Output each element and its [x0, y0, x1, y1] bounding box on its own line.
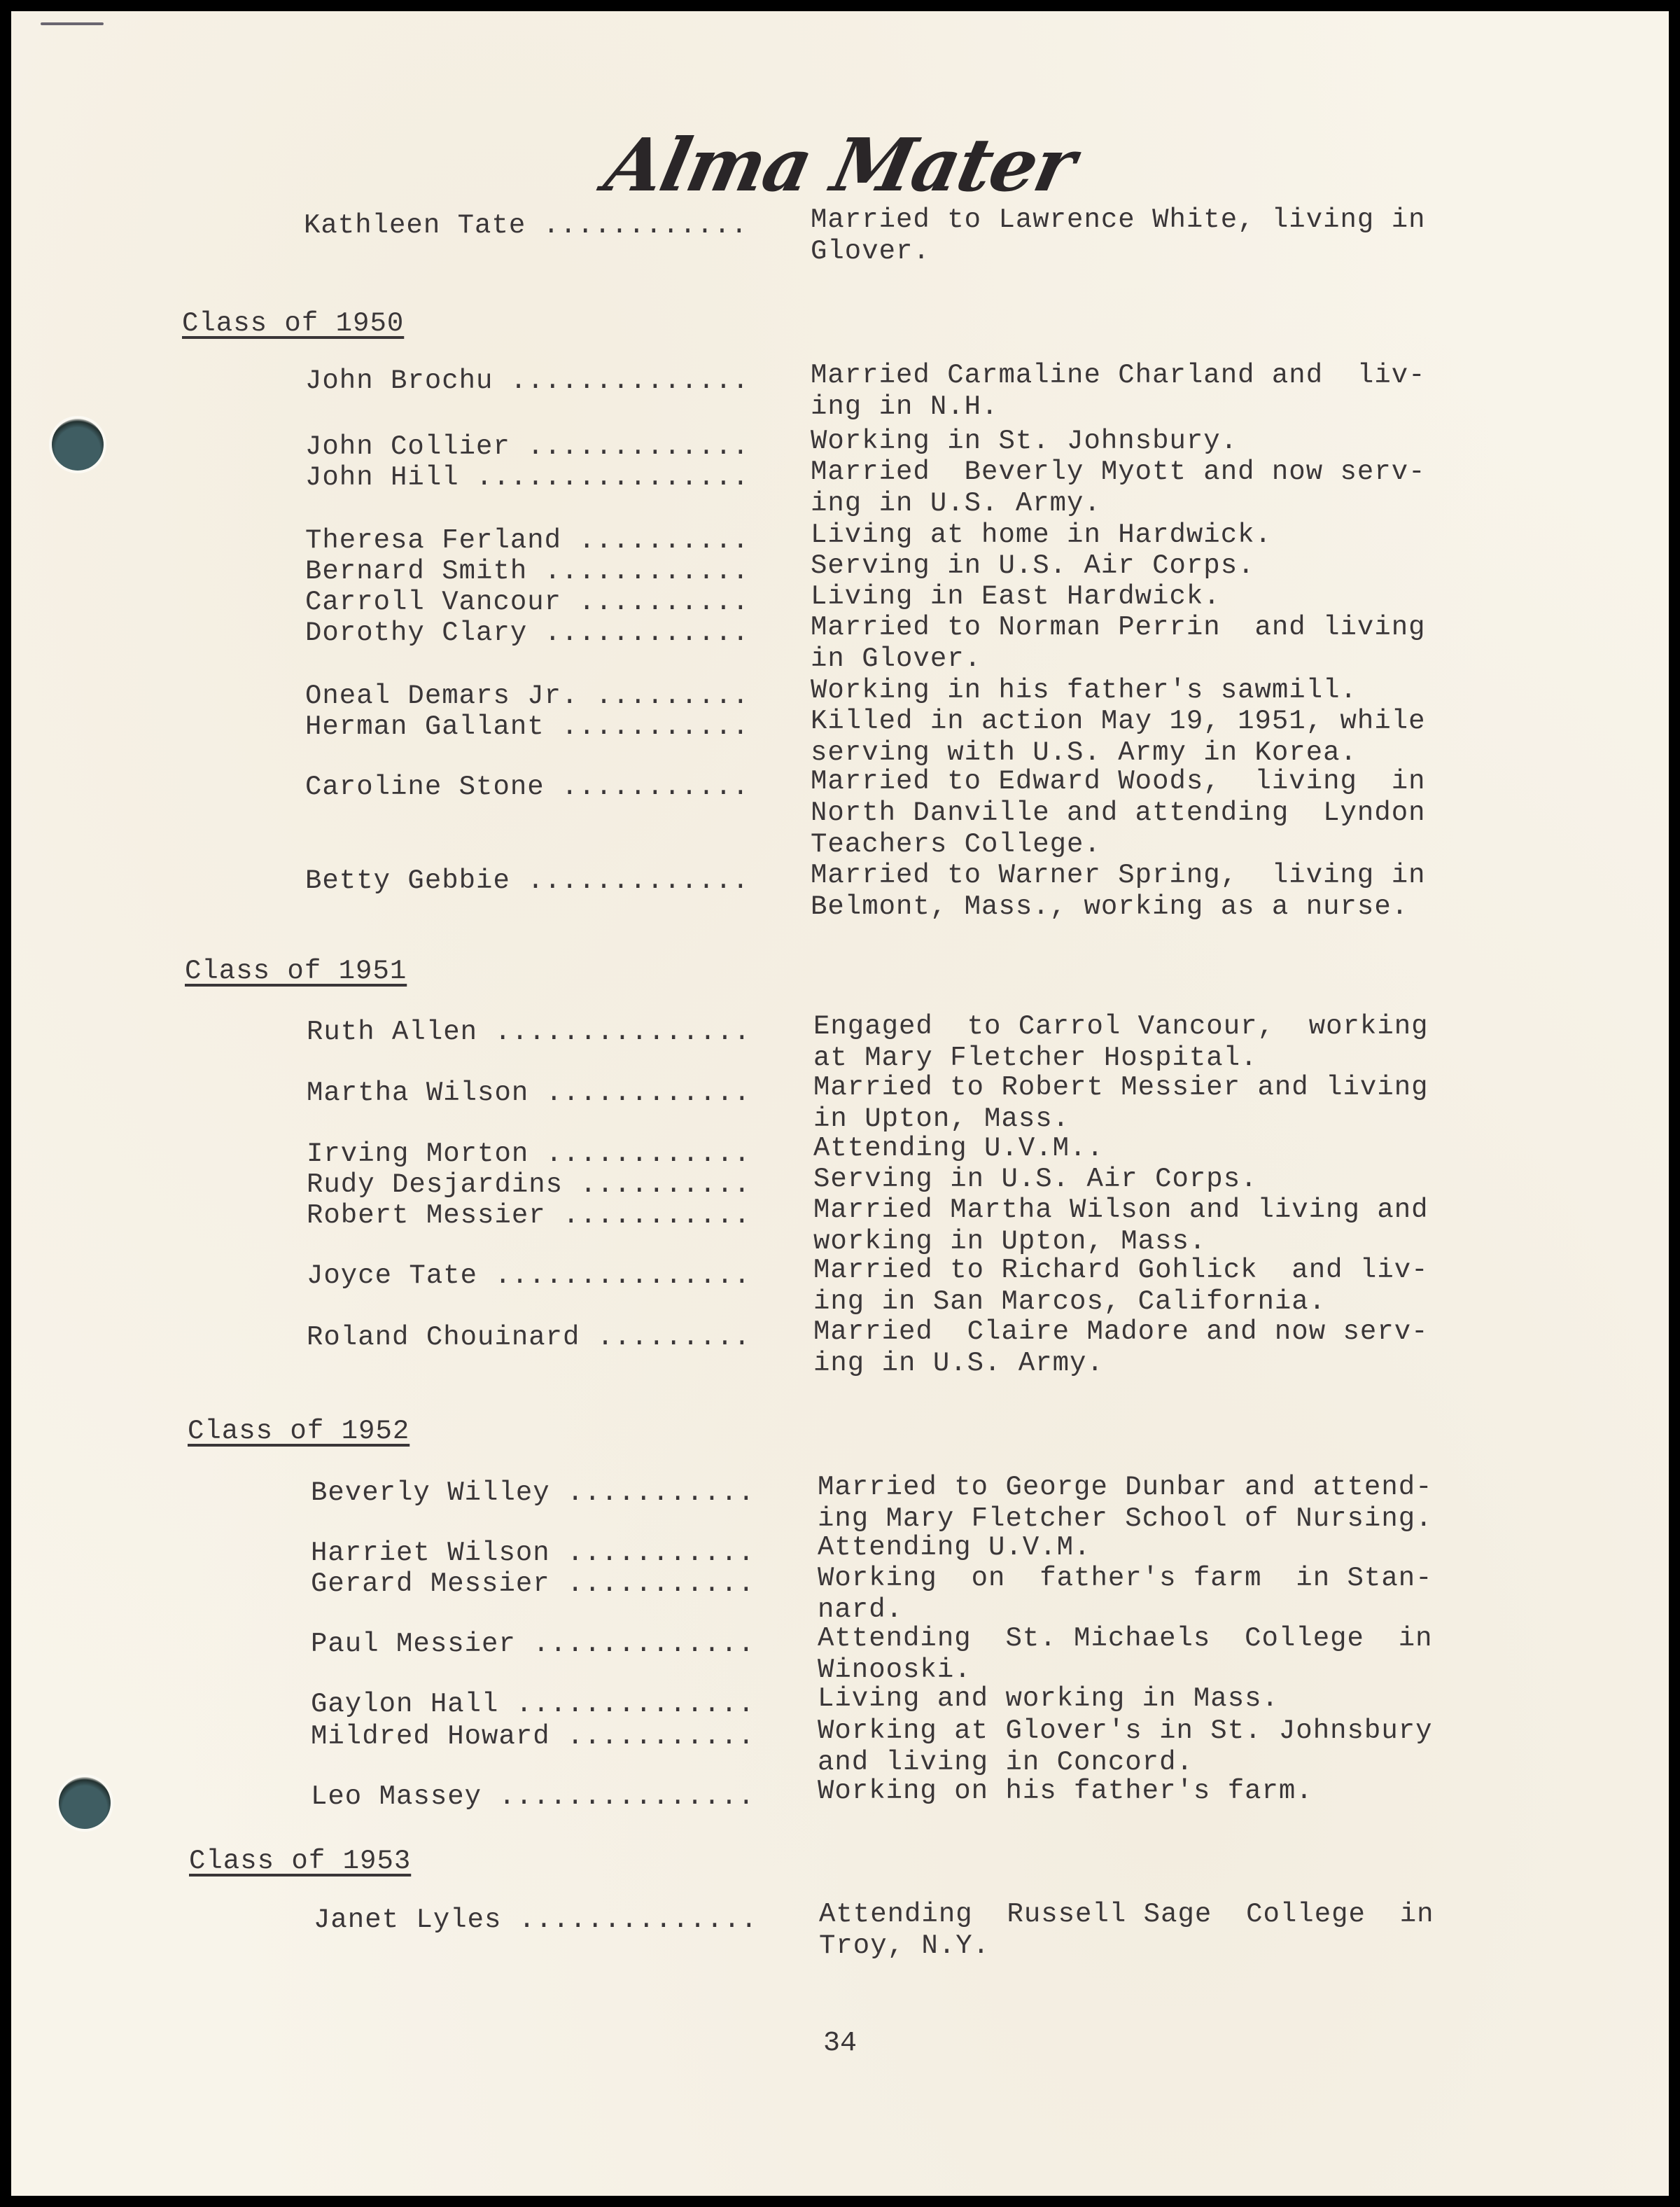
class-heading: Class of 1953 — [189, 1846, 411, 1877]
alumnus-name: Paul Messier ............. — [311, 1629, 755, 1659]
alumnus-name: Roland Chouinard ......... — [307, 1322, 751, 1353]
alumnus-status: Attending Russell Sage College in Troy, … — [819, 1899, 1505, 1962]
alumnus-name: Gaylon Hall .............. — [311, 1689, 755, 1720]
page-number: 34 — [11, 2028, 1669, 2059]
alumnus-name: John Hill ................ — [305, 462, 750, 493]
alumnus-name: Dorothy Clary ............ — [305, 618, 750, 648]
alumnus-name: Harriet Wilson ........... — [311, 1538, 755, 1568]
alumnus-name: Rudy Desjardins .......... — [307, 1169, 751, 1200]
alumnus-name: Joyce Tate ............... — [307, 1260, 751, 1291]
alumnus-name: Betty Gebbie ............. — [305, 865, 750, 896]
alumnus-name: Robert Messier ........... — [307, 1200, 751, 1231]
alumnus-status: Working on his father's farm. — [818, 1776, 1504, 1807]
alumnus-name: Martha Wilson ............ — [307, 1078, 751, 1108]
alumnus-status: Married Martha Wilson and living and wor… — [813, 1195, 1499, 1258]
alumnus-status: Serving in U.S. Air Corps. — [811, 550, 1497, 582]
alumnus-status: Living at home in Hardwick. — [811, 520, 1497, 551]
alumnus-name: Herman Gallant ........... — [305, 711, 750, 742]
alumnus-status: Working at Glover's in St. Johnsbury and… — [818, 1715, 1504, 1778]
alumnus-name: Gerard Messier ........... — [311, 1568, 755, 1599]
alumnus-status: Working in his father's sawmill. — [811, 675, 1497, 706]
alumni-list: Kathleen Tate ............Married to Law… — [11, 11, 1669, 2196]
class-heading: Class of 1950 — [182, 308, 404, 339]
alumnus-status: Married to Norman Perrin and living in G… — [811, 612, 1497, 675]
alumnus-status: Attending U.V.M. — [818, 1532, 1504, 1564]
alumnus-name: John Collier ............. — [305, 431, 750, 462]
alumnus-status: Engaged to Carrol Vancour, working at Ma… — [813, 1011, 1499, 1074]
alumnus-status: Married to Edward Woods, living in North… — [811, 766, 1497, 861]
alumnus-name: Caroline Stone ........... — [305, 772, 750, 802]
alumnus-status: Working in St. Johnsbury. — [811, 426, 1497, 457]
alumnus-status: Married to Warner Spring, living in Belm… — [811, 860, 1497, 923]
alumnus-status: Serving in U.S. Air Corps. — [813, 1164, 1499, 1195]
alumnus-status: Married Claire Madore and now serv- ing … — [813, 1316, 1499, 1379]
class-heading: Class of 1952 — [188, 1416, 409, 1447]
alumnus-status: Married to Robert Messier and living in … — [813, 1072, 1499, 1135]
alumnus-name: Janet Lyles .............. — [314, 1905, 758, 1935]
alumnus-name: Leo Massey ............... — [311, 1781, 755, 1812]
alumnus-name: Mildred Howard ........... — [311, 1721, 755, 1752]
document-page: Alma Mater Kathleen Tate ............Mar… — [11, 11, 1669, 2196]
alumnus-name: Bernard Smith ............ — [305, 556, 750, 587]
alumnus-name: Oneal Demars Jr. ......... — [305, 681, 750, 711]
alumnus-status: Married to George Dunbar and attend- ing… — [818, 1472, 1504, 1535]
alumnus-name: Irving Morton ............ — [307, 1139, 751, 1169]
alumnus-name: Ruth Allen ............... — [307, 1017, 751, 1047]
alumnus-name: John Brochu .............. — [305, 365, 750, 396]
alumnus-status: Attending St. Michaels College in Winoos… — [818, 1623, 1504, 1686]
alumnus-status: Married to Richard Gohlick and liv- ing … — [813, 1255, 1499, 1318]
alumnus-name: Beverly Willey ........... — [311, 1477, 755, 1508]
alumnus-status: Married Beverly Myott and now serv- ing … — [811, 457, 1497, 520]
alumnus-status: Living and working in Mass. — [818, 1683, 1504, 1715]
alumnus-name: Carroll Vancour .......... — [305, 587, 750, 618]
alumnus-name: Theresa Ferland .......... — [305, 525, 750, 556]
alumnus-status: Killed in action May 19, 1951, while ser… — [811, 706, 1497, 769]
alumnus-name: Kathleen Tate ............ — [304, 210, 748, 241]
alumnus-status: Married Carmaline Charland and liv- ing … — [811, 360, 1497, 423]
alumnus-status: Living in East Hardwick. — [811, 581, 1497, 613]
class-heading: Class of 1951 — [185, 956, 407, 987]
alumnus-status: Married to Lawrence White, living in Glo… — [811, 204, 1497, 267]
alumnus-status: Working on father's farm in Stan- nard. — [818, 1563, 1504, 1626]
alumnus-status: Attending U.V.M.. — [813, 1133, 1499, 1164]
